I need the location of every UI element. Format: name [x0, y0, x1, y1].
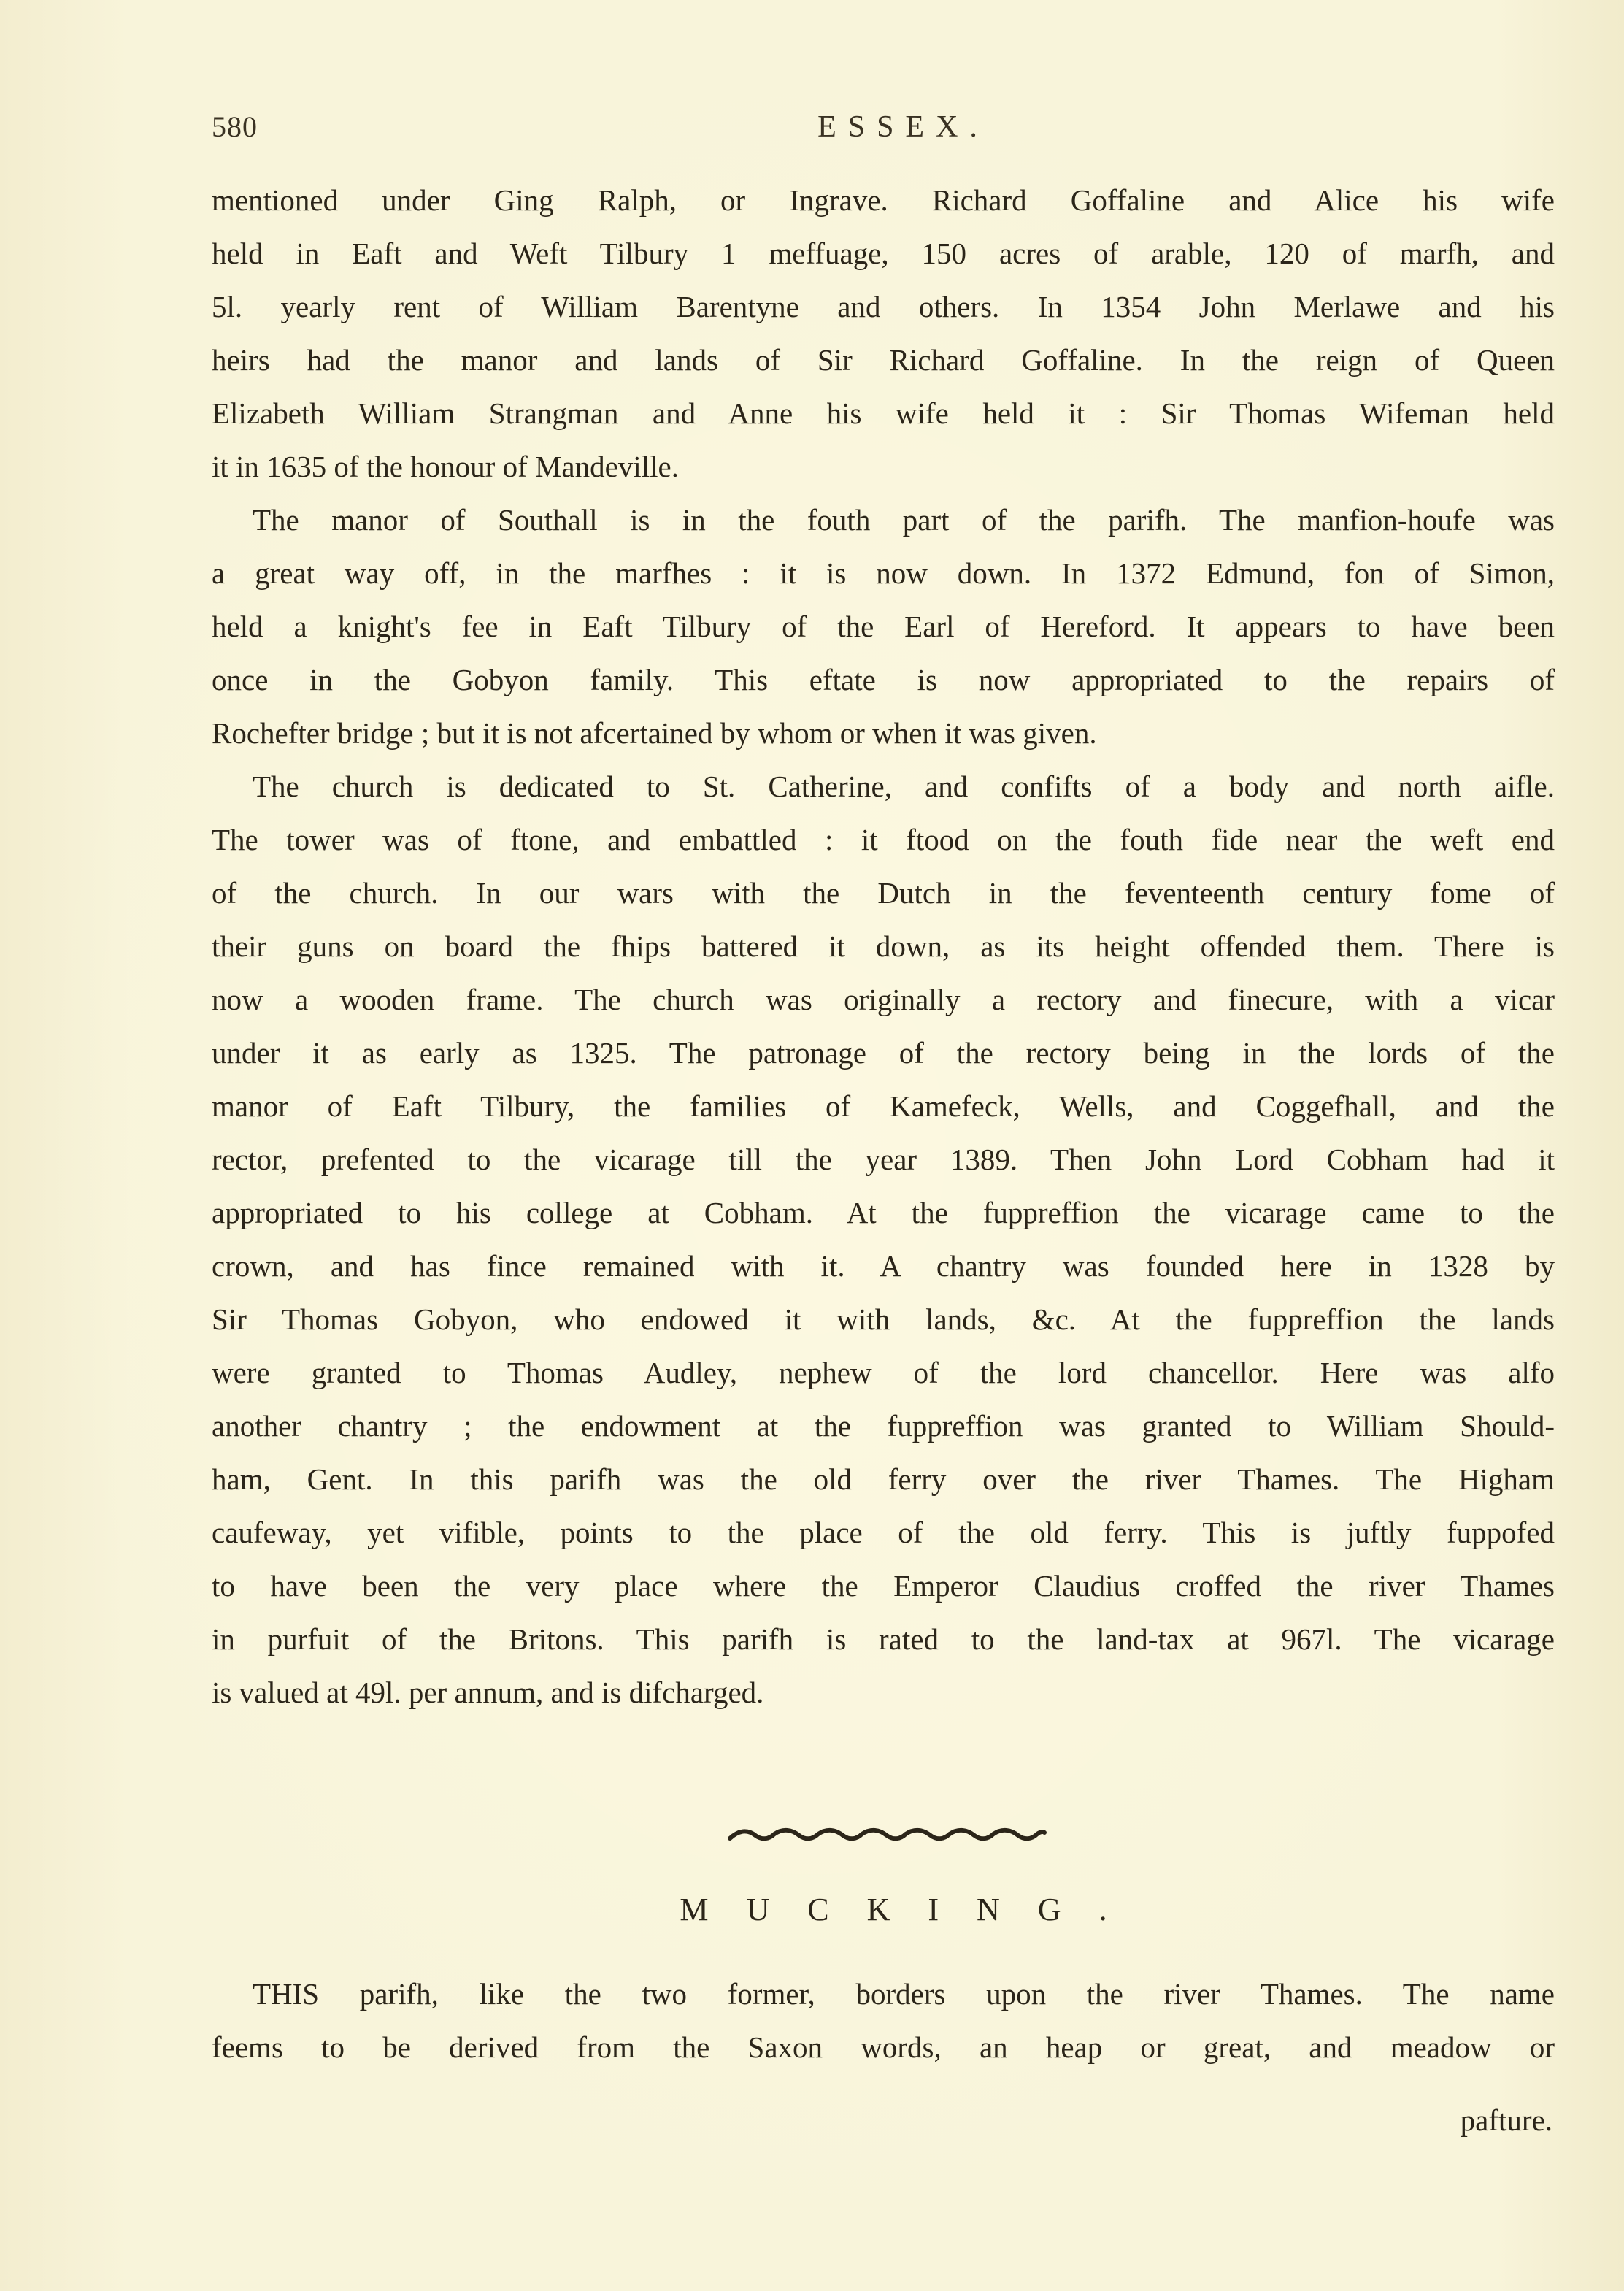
text-line: were granted to Thomas Audley, nephew of…: [212, 1346, 1555, 1400]
text-line: under it as early as 1325. The patronage…: [212, 1026, 1555, 1080]
text-line: The manor of Southall is in the fouth pa…: [212, 494, 1555, 547]
catchword: pafture.: [1461, 2103, 1552, 2138]
text-line: mentioned under Ging Ralph, or Ingrave. …: [212, 174, 1555, 227]
text-line: now a wooden frame. The church was origi…: [212, 973, 1555, 1026]
text-line: appropriated to his college at Cobham. A…: [212, 1186, 1555, 1240]
text-line: caufeway, yet vifible, points to the pla…: [212, 1506, 1555, 1559]
text-line: of the church. In our wars with the Dutc…: [212, 867, 1555, 920]
text-line: it in 1635 of the honour of Mandeville.: [212, 440, 1555, 494]
book-page: 580 ESSEX. mentioned under Ging Ralph, o…: [0, 0, 1624, 2291]
wavy-rule-ornament-icon: [726, 1825, 1047, 1847]
text-line: their guns on board the fhips battered i…: [212, 920, 1555, 973]
text-line: rector, prefented to the vicarage till t…: [212, 1133, 1555, 1186]
text-line: The church is dedicated to St. Catherine…: [212, 760, 1555, 813]
text-line: Rochefter bridge ; but it is not afcerta…: [212, 707, 1555, 760]
text-line: ham, Gent. In this parifh was the old fe…: [212, 1453, 1555, 1506]
east-tilbury-text: mentioned under Ging Ralph, or Ingrave. …: [212, 174, 1555, 1719]
section-title-mucking: MUCKING.: [212, 1891, 1584, 1928]
text-line: heirs had the manor and lands of Sir Ric…: [212, 334, 1555, 387]
text-line: The tower was of ftone, and embattled : …: [212, 813, 1555, 867]
text-line: crown, and has fince remained with it. A…: [212, 1240, 1555, 1293]
page-header: 580 ESSEX.: [212, 110, 1551, 153]
text-line: feems to be derived from the Saxon words…: [212, 2021, 1555, 2074]
text-line: held a knight's fee in Eaft Tilbury of t…: [212, 600, 1555, 653]
text-line: is valued at 49l. per annum, and is difc…: [212, 1666, 1555, 1719]
text-line: THIS parifh, like the two former, border…: [212, 1968, 1555, 2021]
text-line: a great way off, in the marfhes : it is …: [212, 547, 1555, 600]
text-line: Sir Thomas Gobyon, who endowed it with l…: [212, 1293, 1555, 1346]
text-line: in purfuit of the Britons. This parifh i…: [212, 1613, 1555, 1666]
text-line: held in Eaft and Weft Tilbury 1 meffuage…: [212, 227, 1555, 280]
mucking-text: THIS parifh, like the two former, border…: [212, 1968, 1555, 2074]
text-line: once in the Gobyon family. This eftate i…: [212, 653, 1555, 707]
running-head: ESSEX.: [212, 110, 1551, 145]
text-line: Elizabeth William Strangman and Anne his…: [212, 387, 1555, 440]
text-line: another chantry ; the endowment at the f…: [212, 1400, 1555, 1453]
text-line: manor of Eaft Tilbury, the families of K…: [212, 1080, 1555, 1133]
text-line: 5l. yearly rent of William Barentyne and…: [212, 280, 1555, 334]
text-line: to have been the very place where the Em…: [212, 1559, 1555, 1613]
